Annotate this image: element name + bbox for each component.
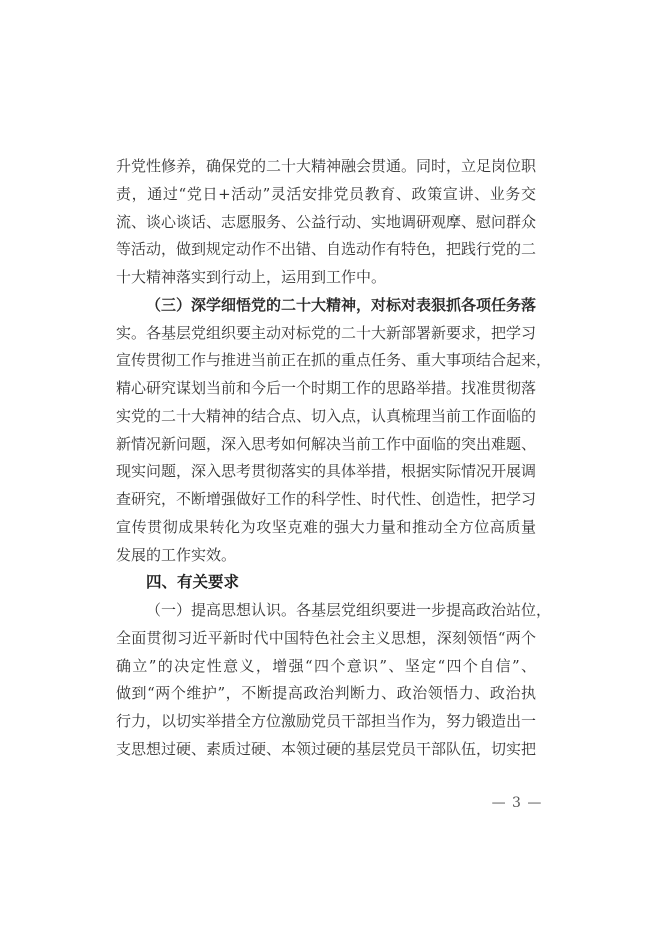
paragraph-line: 全面贯彻习近平新时代中国特色社会主义思想，深刻领悟“两个 xyxy=(116,625,536,653)
paragraph-line: 实党的二十大精神的结合点、切入点，认真梳理当前工作面临的 xyxy=(116,403,536,431)
paragraph-line: 做到“两个维护”，不断提高政治判断力、政治领悟力、政治执 xyxy=(116,680,536,708)
paragraph-line: 发展的工作实效。 xyxy=(116,542,536,570)
paragraph-line: 十大精神落实到行动上，运用到工作中。 xyxy=(116,264,536,292)
paragraph-line: 行力，以切实举措全方位激励党员干部担当作为，努力锻造出一 xyxy=(116,708,536,736)
subsection-heading-3: （三）深学细悟党的二十大精神，对标对表狠抓各项任务落 xyxy=(116,292,536,320)
document-body: 升党性修养，确保党的二十大精神融会贯通。同时，立足岗位职 责，通过“党日+活动”… xyxy=(116,153,536,764)
paragraph-line: 查研究，不断增强做好工作的科学性、时代性、创造性，把学习 xyxy=(116,486,536,514)
paragraph-line: 流、谈心谈话、志愿服务、公益行动、实地调研观摩、慰问群众 xyxy=(116,209,536,237)
document-page: 升党性修养，确保党的二十大精神融会贯通。同时，立足岗位职 责，通过“党日+活动”… xyxy=(0,0,665,927)
subsection-heading-1: （一）提高思想认识。各基层党组织要进一步提高政治站位， xyxy=(116,597,536,625)
paragraph-line: 等活动，做到规定动作不出错、自选动作有特色，把践行党的二 xyxy=(116,236,536,264)
paragraph-line: 精心研究谋划当前和今后一个时期工作的思路举措。找准贯彻落 xyxy=(116,375,536,403)
paragraph-line: 新情况新问题，深入思考如何解决当前工作中面临的突出难题、 xyxy=(116,431,536,459)
paragraph-line: 实。各基层党组织要主动对标党的二十大新部署新要求，把学习 xyxy=(116,320,536,348)
paragraph-line: 支思想过硬、素质过硬、本领过硬的基层党员干部队伍，切实把 xyxy=(116,736,536,764)
paragraph-line: 责，通过“党日+活动”灵活安排党员教育、政策宣讲、业务交 xyxy=(116,181,536,209)
paragraph-line: 确立”的决定性意义，增强“四个意识”、坚定“四个自信”、 xyxy=(116,653,536,681)
page-number: — 3 — xyxy=(482,795,552,811)
paragraph-line: 升党性修养，确保党的二十大精神融会贯通。同时，立足岗位职 xyxy=(116,153,536,181)
paragraph-line: 现实问题，深入思考贯彻落实的具体举措，根据实际情况开展调 xyxy=(116,458,536,486)
paragraph-line: 宣传贯彻成果转化为攻坚克难的强大力量和推动全方位高质量 xyxy=(116,514,536,542)
section-heading-4: 四、有关要求 xyxy=(116,569,536,597)
paragraph-line: 宣传贯彻工作与推进当前正在抓的重点任务、重大事项结合起来， xyxy=(116,347,536,375)
